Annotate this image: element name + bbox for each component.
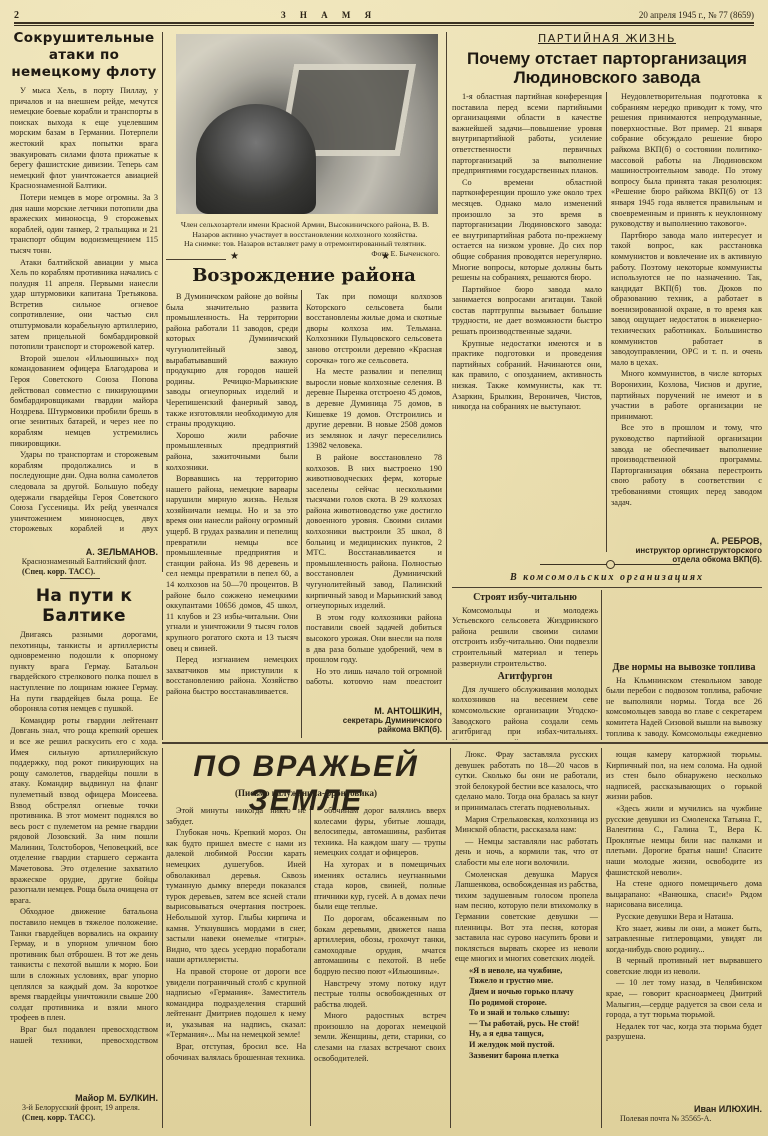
paragraph: Обходное движение батальона поставило не…: [10, 907, 158, 1024]
paragraph: Люкс. Фрау заставляла русских девушек ра…: [455, 750, 598, 814]
short-rule: [60, 578, 100, 579]
short-rule: [166, 259, 226, 260]
newspaper-page: 2 З Н А М Я 20 апреля 1945 г., № 77 (865…: [0, 0, 768, 1136]
enemy-land-col2: обочинам дорог валялись вверх колесами ф…: [314, 806, 446, 1128]
paragraph: — Немцы заставляли нас работать день и н…: [455, 837, 598, 869]
article-revival-col1: В Думиничском районе до войны была значи…: [166, 292, 298, 738]
sign-source: (Спец. корр. ТАСС).: [10, 567, 158, 577]
caption-line: Член сельхозартели имени Красной Армии, …: [170, 220, 440, 239]
photo-figure: [196, 104, 316, 214]
paragraph: Удары по транспортам и сторожевым корабл…: [10, 450, 158, 535]
item-title: Строят избу-читальню: [452, 593, 598, 604]
sign-place: 3-й Белорусский фронт, 19 апреля.: [10, 1103, 158, 1113]
caption-line: На снимке: тов. Назаров вставляет раму в…: [170, 239, 440, 249]
column-divider: [162, 748, 163, 1128]
paragraph: Много радостных встреч произошло на доро…: [314, 1011, 446, 1064]
paragraph: Много коммунистов, в числе которых Ворон…: [611, 369, 762, 422]
paragraph: Все это в прошлом и тому, что руководств…: [611, 423, 762, 508]
paragraph: Двигаясь разными дорогами, пехотинцы, та…: [10, 630, 158, 715]
item-title: Две нормы на вывозке топлива: [606, 663, 762, 674]
ornament-dot-icon: [606, 560, 615, 569]
paragraph: В черный противный нет вырвавшего советс…: [606, 956, 762, 977]
author-signature: М. АНТОШКИН,: [306, 706, 442, 716]
paragraph: Неудовлетворительная подготовка к собран…: [611, 92, 762, 230]
poem-line: Тяжело и грустно мне.: [469, 976, 598, 987]
paragraph: Перед изгнанием немецких захватчиков мы …: [166, 655, 298, 697]
paragraph: ющая камеру каторжной тюрьмы. Кирпичный …: [606, 750, 762, 803]
paragraph: Смоленская девушка Маруся Лапшенкова, ос…: [455, 870, 598, 965]
paragraph: Атаки балтийской авиации у мыса Хель по …: [10, 258, 158, 353]
column-divider: [601, 590, 602, 740]
column-divider: [450, 748, 451, 1128]
paragraph: Но это лишь начало той огромной работы, …: [306, 667, 442, 684]
signature-block: А. ЗЕЛЬМАНОВ. Краснознаменный Балтийский…: [10, 547, 158, 576]
paragraph: Русские девушки Вера и Наташа.: [606, 912, 762, 923]
paragraph: Мария Стрельковская, колхозница из Минск…: [455, 815, 598, 836]
komsomol-col2: Две нормы на вывозке топлива На Кльмнинс…: [606, 660, 762, 740]
column-divider: [446, 32, 447, 740]
article-baltic-road: На пути к Балтике Двигаясь разными дорог…: [10, 586, 158, 1046]
headline: Почему отстает парторганизация Людиновск…: [452, 49, 762, 87]
paragraph: В Думиничском районе до войны была значи…: [166, 292, 298, 430]
subtitle: (Письмо калужанина-фронтовика): [166, 788, 446, 798]
headline: Сокрушительные атаки по немецкому флоту: [10, 30, 158, 81]
paper-name: З Н А М Я: [281, 10, 377, 20]
headline: На пути к Балтике: [10, 586, 158, 626]
poem-line: — Ты работай, русь. Не стой!: [469, 1019, 598, 1030]
star-icon: ★: [230, 251, 239, 262]
paragraph: По дорогам, обсаженным по бокам деревьям…: [314, 914, 446, 978]
sign-source: (Спец. корр. ТАСС).: [10, 1113, 158, 1123]
enemy-land-col3: Люкс. Фрау заставляла русских девушек ра…: [455, 750, 598, 1128]
paragraph: Потери немцев в море огромны. За 3 дня н…: [10, 193, 158, 257]
author-signature: А. ЗЕЛЬМАНОВ.: [10, 547, 158, 557]
paragraph: «Здесь жили и мучились на чужбине русски…: [606, 804, 762, 878]
signature-block: Майор М. БУЛКИН. 3-й Белорусский фронт, …: [10, 1093, 158, 1122]
author-signature: Иван ИЛЮХИН.: [606, 1104, 762, 1114]
komsomol-col1: Строят избу-читальню Комсомольцы и молод…: [452, 590, 598, 740]
column-divider: [310, 806, 311, 1126]
paragraph: В районе восстановлено 78 колхозов. В ни…: [306, 453, 442, 612]
paragraph: Так при помощи колхозов Которского сельс…: [306, 292, 442, 366]
paragraph: обочинам дорог валялись вверх колесами ф…: [314, 806, 446, 859]
paragraph: Командир роты гвардии лейтенант Довгань …: [10, 716, 158, 907]
paragraph: Этой минуты никогда никто не забудет.: [166, 806, 306, 827]
section-rule: [452, 587, 762, 588]
paragraph: Ворвавшись на территорию нашего района, …: [166, 474, 298, 654]
section-label: ПАРТИЙНАЯ ЖИЗНЬ: [452, 32, 762, 45]
paragraph: На хуторах и в помещичьих имениях остали…: [314, 860, 446, 913]
paragraph: Враг был подавлен превосходством нашей т…: [10, 1025, 158, 1046]
item-title: Агитфургон: [452, 672, 598, 683]
column-divider: [601, 748, 602, 1128]
column-divider: [162, 590, 163, 740]
divider-ornament: [540, 560, 680, 570]
column-divider: [162, 32, 163, 572]
paragraph: У мыса Хель, в порту Пиллау, у причалов …: [10, 86, 158, 192]
author-title: секретарь Думиничского: [306, 716, 442, 725]
paragraph: Второй эшелон «Ильюшиных» под командован…: [10, 354, 158, 449]
paragraph: — 10 лет тому назад, в Челябинском крае,…: [606, 978, 762, 1020]
paragraph: Крупные недостатки имеются и в практике …: [452, 339, 602, 413]
paragraph: Навстречу этому потоку идут пестрые толп…: [314, 979, 446, 1011]
column-divider: [606, 92, 607, 552]
paragraph: В этом году колхозники района поставили …: [306, 613, 442, 666]
article-revival-col2: Так при помощи колхозов Которского сельс…: [306, 292, 442, 684]
enemy-land-col4: ющая камеру каторжной тюрьмы. Кирпичный …: [606, 750, 762, 1090]
masthead-rule: [14, 22, 754, 26]
paragraph: На Кльмнинском стекольном заводе были пе…: [606, 676, 762, 740]
masthead: 2 З Н А М Я 20 апреля 1945 г., № 77 (865…: [14, 8, 754, 22]
column-divider: [301, 290, 302, 738]
headline: Возрождение района: [166, 265, 442, 286]
signature-block: Иван ИЛЮХИН. Полевая почта № 35565-А.: [606, 1104, 762, 1124]
news-photo: [176, 34, 438, 214]
poem-line: «Я в неволе, на чужбине,: [469, 966, 598, 977]
paragraph: 1-я областная партийная конференция пост…: [452, 92, 602, 177]
section-rule: [162, 742, 768, 744]
paragraph: Партбюро завода мало интересует и такой …: [611, 231, 762, 369]
star-ornament: ★★: [230, 251, 390, 262]
paragraph: На месте развалин и пепелищ выросли новы…: [306, 367, 442, 452]
paragraph: На правой стороне от дороги все увидели …: [166, 967, 306, 1041]
author-title: райкома ВКП(б).: [306, 725, 442, 734]
sign-place: Краснознаменный Балтийский флот.: [10, 557, 158, 567]
paragraph: Глубокая ночь. Крепкий мороз. Он как буд…: [166, 828, 306, 966]
section-label: В комсомольских организациях: [452, 572, 762, 583]
author-title: инструктор оргинструкторского: [611, 546, 762, 555]
paragraph: Со времени областной партконференции про…: [452, 178, 602, 284]
poem-line: По родимой стороне.: [469, 998, 598, 1009]
paragraph: Комсомольцы и молодежь Устьевского сельс…: [452, 606, 598, 670]
poem-line: И желудок мой пустой.: [469, 1040, 598, 1051]
paragraph: Партийное бюро завода мало занимается во…: [452, 285, 602, 338]
issue-date: 20 апреля 1945 г., № 77 (8659): [639, 10, 754, 20]
paragraph: Враг, отступая, бросил все. На обочинах …: [166, 1042, 306, 1063]
star-icon: ★: [381, 251, 390, 262]
party-life-col1: 1-я областная партийная конференция пост…: [452, 92, 602, 552]
author-signature: Майор М. БУЛКИН.: [10, 1093, 158, 1103]
article-baltic-attacks: Сокрушительные атаки по немецкому флоту …: [10, 30, 158, 535]
paragraph: Хорошо жили рабочие промышленных предпри…: [166, 431, 298, 473]
paragraph: Для лучшего обслуживания молодых колхозн…: [452, 685, 598, 740]
poem: «Я в неволе, на чужбине, Тяжело и грустн…: [455, 966, 598, 1061]
poem-line: Ну, а я едва тащуся,: [469, 1029, 598, 1040]
poem-line: То и знай и только слышу:: [469, 1008, 598, 1019]
party-life-col2: Неудовлетворительная подготовка к собран…: [611, 92, 762, 522]
paragraph: На стене одного помещичьего дома выцарап…: [606, 879, 762, 911]
signature-block: М. АНТОШКИН, секретарь Думиничского райк…: [306, 706, 442, 734]
party-life-header: ПАРТИЙНАЯ ЖИЗНЬ Почему отстает парторган…: [452, 32, 762, 87]
poem-line: Днем и ночью горько плачу: [469, 987, 598, 998]
paragraph: Недалек тот час, когда эта тюрьма будет …: [606, 1022, 762, 1043]
paragraph: Кто знает, живы ли они, а может быть, за…: [606, 924, 762, 956]
poem-line: Зазвенит барона плетка: [469, 1051, 598, 1062]
page-number: 2: [14, 10, 19, 21]
sign-source: Полевая почта № 35565-А.: [606, 1114, 762, 1124]
author-signature: А. РЕБРОВ,: [611, 536, 762, 546]
enemy-land-col1: Этой минуты никогда никто не забудет. Гл…: [166, 806, 306, 1128]
